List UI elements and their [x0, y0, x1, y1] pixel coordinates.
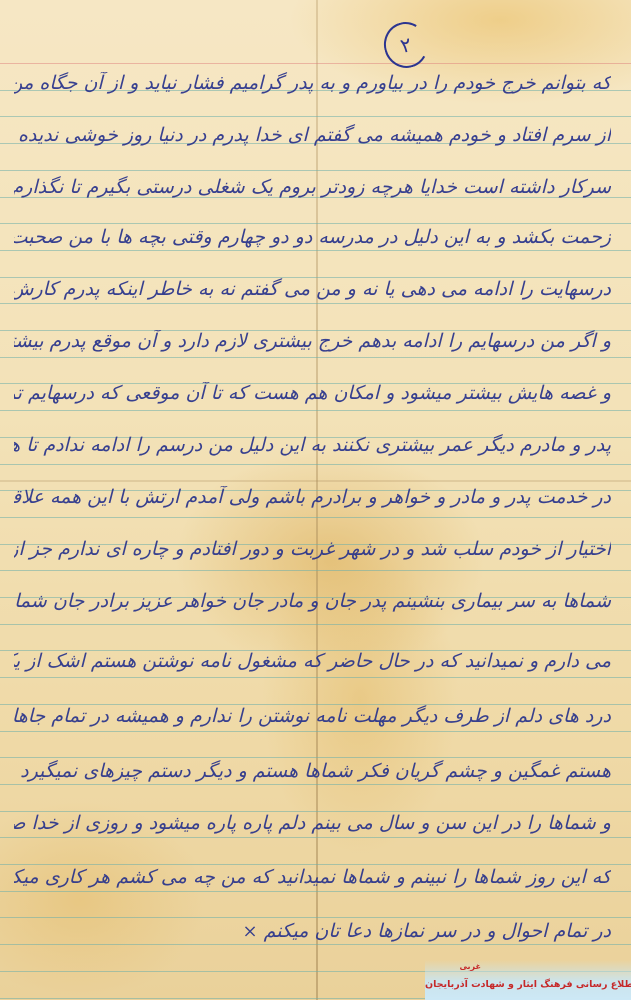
ruled-line	[0, 891, 631, 892]
watermark-subtitle: غربی	[459, 962, 481, 971]
ruled-line	[0, 784, 631, 785]
letter-line: اختیار از خودم سلب شد و در شهر غربت و دو…	[14, 538, 611, 560]
letter-line: و شماها را در این سن و سال می بینم دلم پ…	[14, 812, 611, 834]
ruled-line	[0, 223, 631, 224]
paper-fold-horizontal	[0, 480, 631, 482]
letter-line: از سرم افتاد و خودم همیشه می گفتم ای خدا…	[14, 124, 611, 146]
letter-line: هستم غمگین و چشم گریان فکر شماها هستم و …	[14, 760, 611, 782]
ruled-line	[0, 464, 631, 465]
ruled-line	[0, 757, 631, 758]
letter-line: که بتوانم خرج خودم را در بیاورم و به پدر…	[14, 72, 611, 94]
ruled-line	[0, 250, 631, 251]
ruled-line	[0, 517, 631, 518]
ruled-line	[0, 731, 631, 732]
ruled-line	[0, 63, 631, 64]
letter-line-closing: در تمام احوال و در سر نمازها دعا تان میک…	[234, 920, 611, 942]
letter-line: که این روز شماها را نبینم و شماها نمیدان…	[14, 866, 611, 888]
ruled-line	[0, 944, 631, 945]
ruled-line	[0, 917, 631, 918]
watermark-text: پایگاه اطلاع رسانی فرهنگ ایثار و شهادت آ…	[425, 979, 631, 990]
ruled-line	[0, 677, 631, 678]
letter-line: شماها به سر بیماری بنشینم پدر جان و مادر…	[14, 590, 611, 612]
page-number: ٢	[379, 17, 433, 73]
letter-line: سرکار داشته است خدایا هرچه زودتر بروم یک…	[14, 176, 611, 198]
ruled-line	[0, 410, 631, 411]
ruled-line	[0, 837, 631, 838]
letter-line: می دارم و نمیدانید که در حال حاضر که مشغ…	[14, 650, 611, 672]
letter-line: و اگر من درسهایم را ادامه بدهم خرج بیشتر…	[14, 330, 611, 352]
letter-line: پدر و مادرم دیگر عمر بیشتری نکنند به این…	[14, 434, 611, 456]
ruled-line	[0, 357, 631, 358]
watermark-logo: غربی نوید شاهد پایگاه اطلاع رسانی فرهنگ …	[425, 960, 631, 1000]
ruled-line	[0, 303, 631, 304]
ruled-line	[0, 116, 631, 117]
ruled-line	[0, 864, 631, 865]
closing-text: در تمام احوال و در سر نمازها دعا تان میک…	[264, 920, 611, 942]
letter-line: در خدمت پدر و مادر و خواهر و برادرم باشم…	[14, 486, 611, 508]
end-mark: ×	[242, 921, 257, 942]
letter-line: و غصه هایش بیشتر میشود و امکان هم هست که…	[14, 382, 611, 404]
ruled-line	[0, 624, 631, 625]
letter-line: زحمت بکشد و به این دلیل در مدرسه دو دو چ…	[14, 226, 611, 248]
letter-line: درد های دلم از طرف دیگر مهلت نامه نوشتن …	[14, 705, 611, 727]
letter-line: درسهایت را ادامه می دهی یا نه و من می گف…	[14, 278, 611, 300]
ruled-line	[0, 170, 631, 171]
ruled-line	[0, 570, 631, 571]
